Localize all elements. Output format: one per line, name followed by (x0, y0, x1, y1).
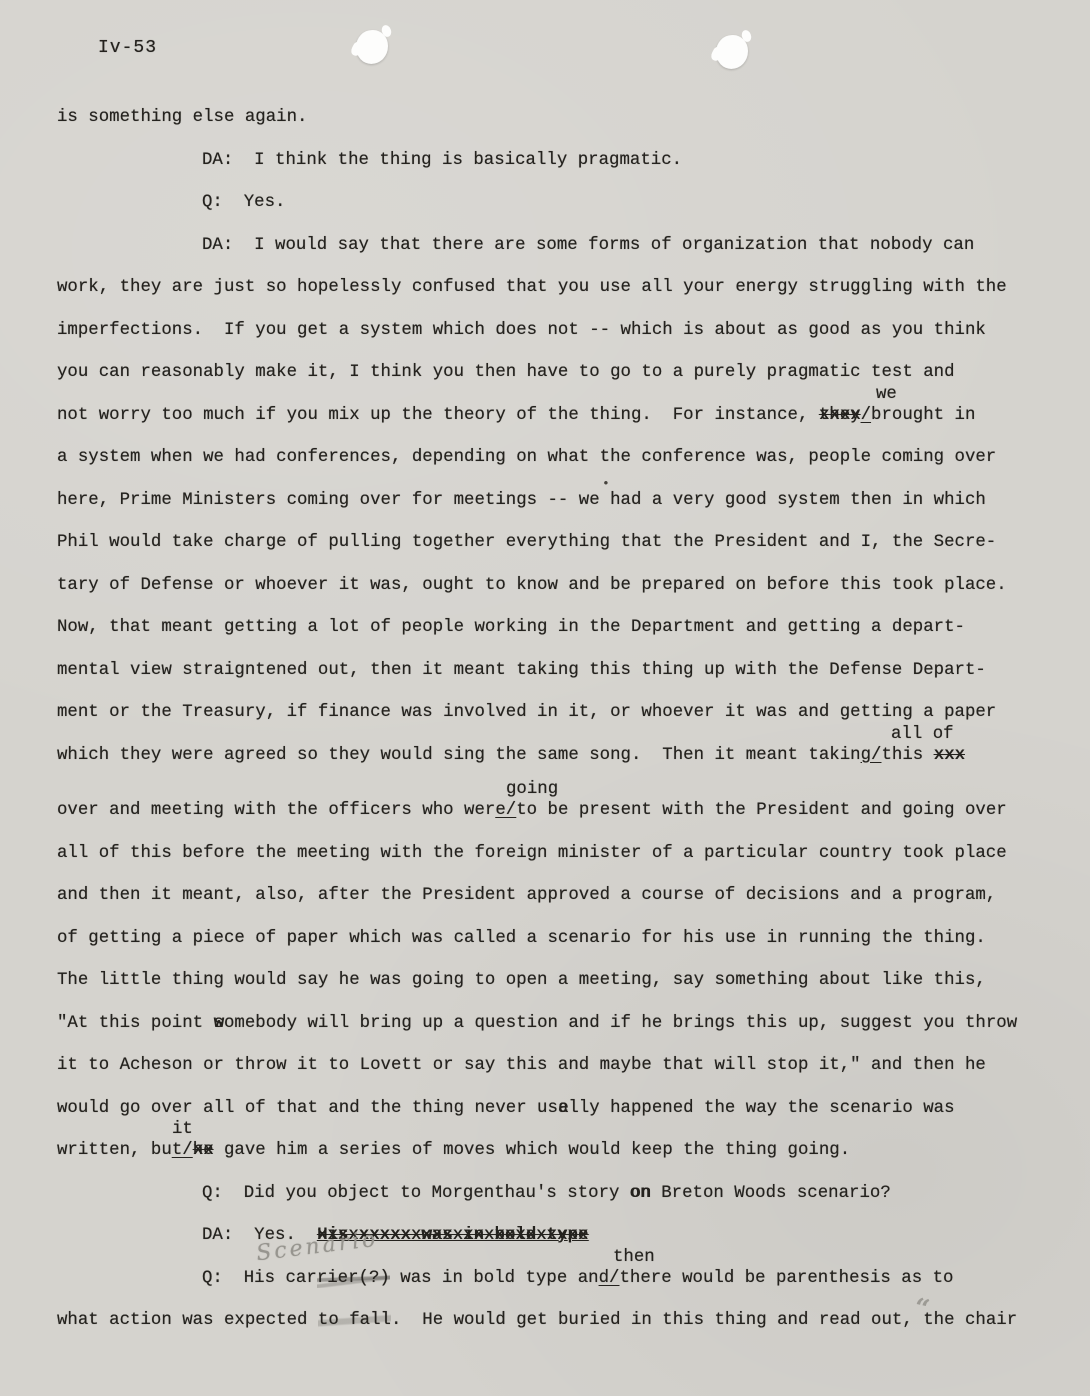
text-line: DA: I would say that there are some form… (57, 235, 1047, 278)
corrected-text: xxx (934, 745, 965, 767)
inserted-word: it (172, 1119, 193, 1141)
text-line: what action was expected to fall. He wou… (57, 1310, 1047, 1353)
inserted-word: we (876, 384, 897, 406)
text-segment: DA: I think the thing is basically pragm… (202, 151, 682, 170)
text-line: over and meeting with the officers who w… (57, 800, 1047, 843)
text-segment: mental view straigntened out, then it me… (57, 661, 986, 680)
corrected-text: s (214, 1013, 224, 1035)
text-segment: is something else again. (57, 108, 307, 127)
text-segment: Now, that meant getting a lot of people … (57, 618, 965, 637)
ink-speck: • (602, 476, 610, 491)
text-line: Q: Did you object to Morgenthau's story … (57, 1183, 1047, 1226)
text-segment: not worry too much if you mix up the the… (57, 406, 819, 425)
corrected-text: he (193, 1140, 214, 1162)
text-segment: this (881, 746, 933, 765)
text-segment: work, they are just so hopelessly confus… (57, 278, 1007, 297)
text-segment: a system when we had conferences, depend… (57, 448, 996, 467)
text-segment: what action was expected (57, 1311, 318, 1330)
inserted-word: going (506, 779, 558, 801)
text-line: it to Acheson or throw it to Lovett or s… (57, 1055, 1047, 1098)
text-segment: over and meeting with the officers who w… (57, 801, 495, 820)
text-segment: Phil would take charge of pulling togeth… (57, 533, 996, 552)
text-segment: which they were agreed so they would sin… (57, 746, 861, 765)
text-segment: omebody will bring up a question and if … (224, 1014, 1017, 1033)
text-line: work, they are just so hopelessly confus… (57, 277, 1047, 320)
text-line: DA: I think the thing is basically pragm… (57, 150, 1047, 193)
text-segment: lly happened the way the scenario was (568, 1099, 954, 1118)
text-segment: was in bold type an (390, 1269, 599, 1288)
text-segment: ment or the Treasury, if finance was inv… (57, 703, 996, 722)
text-line: mental view straigntened out, then it me… (57, 660, 1047, 703)
corrected-text: / (861, 406, 871, 425)
text-line: The little thing would say he was going … (57, 970, 1047, 1013)
text-segment: imperfections. If you get a system which… (57, 321, 986, 340)
text-segment: Q: Did you object to Morgenthau's story (202, 1184, 630, 1203)
text-line: imperfections. If you get a system which… (57, 320, 1047, 363)
text-line: written, but/he gave him a series of mov… (57, 1140, 1047, 1183)
text-line: Q: Yes. (57, 192, 1047, 235)
hole-punch-right (716, 35, 748, 69)
text-segment: Q: His car (202, 1269, 317, 1288)
text-segment: brought in (871, 406, 975, 425)
corrected-text: t/ (172, 1141, 193, 1160)
text-segment: gave him a series of moves which would k… (214, 1141, 851, 1160)
text-line: Now, that meant getting a lot of people … (57, 617, 1047, 660)
text-segment: written, bu (57, 1141, 172, 1160)
text-segment: tary of Defense or whoever it was, ought… (57, 576, 1007, 595)
text-segment: DA: I would say that there are some form… (202, 236, 974, 255)
inserted-word: then (613, 1247, 655, 1269)
text-line: and then it meant, also, after the Presi… (57, 885, 1047, 928)
corrected-text: they (819, 405, 861, 427)
text-segment: would go over all of that and the thing … (57, 1099, 558, 1118)
text-line: you can reasonably make it, I think you … (57, 362, 1047, 405)
text-segment: "At this point (57, 1014, 214, 1033)
text-segment: all of this before the meeting with the … (57, 844, 1007, 863)
text-segment: and then it meant, also, after the Presi… (57, 886, 996, 905)
text-line: tary of Defense or whoever it was, ought… (57, 575, 1047, 618)
page: Iv-53 is something else again.DA: I thin… (0, 0, 1090, 1396)
text-segment: you can reasonably make it, I think you … (57, 363, 955, 382)
text-segment: here, Prime Ministers coming over for me… (57, 491, 986, 510)
page-number: Iv-53 (98, 38, 157, 58)
inserted-word: all of (891, 724, 954, 746)
corrected-text: to fall (318, 1311, 391, 1330)
corrected-text: g/ (861, 746, 882, 765)
text-line: not worry too much if you mix up the the… (57, 405, 1047, 448)
corrected-text: d/ (599, 1269, 620, 1288)
corrected-text: rier(?) (317, 1269, 390, 1288)
text-segment: of getting a piece of paper which was ca… (57, 929, 986, 948)
text-segment: Q: Yes. (202, 193, 286, 212)
text-segment: there would be parenthesis as to (619, 1269, 953, 1288)
text-segment: The little thing would say he was going … (57, 971, 986, 990)
text-line: all of this before the meeting with the … (57, 843, 1047, 886)
text-line: a system when we had conferences, depend… (57, 447, 1047, 490)
corrected-text: e/ (495, 801, 516, 820)
text-line: of getting a piece of paper which was ca… (57, 928, 1047, 971)
text-line: would go over all of that and the thing … (57, 1098, 1047, 1141)
text-line: Q: His carrier(?) was in bold type and/t… (57, 1268, 1047, 1311)
text-line: DA: Yes. His xxxxx was in bold type (57, 1225, 1047, 1268)
corrected-text: a (558, 1098, 568, 1120)
corrected-text: on (630, 1184, 651, 1203)
text-line: "At this point somebody will bring up a … (57, 1013, 1047, 1056)
text-segment: it to Acheson or throw it to Lovett or s… (57, 1056, 986, 1075)
text-line: Phil would take charge of pulling togeth… (57, 532, 1047, 575)
hole-punch-left (356, 30, 388, 64)
text-segment: to be present with the President and goi… (516, 801, 1007, 820)
text-line: here, Prime Ministers coming over for me… (57, 490, 1047, 533)
text-line: is something else again. (57, 107, 1047, 150)
text-segment: Breton Woods scenario? (651, 1184, 891, 1203)
typewritten-text: is something else again.DA: I think the … (57, 107, 1047, 1353)
